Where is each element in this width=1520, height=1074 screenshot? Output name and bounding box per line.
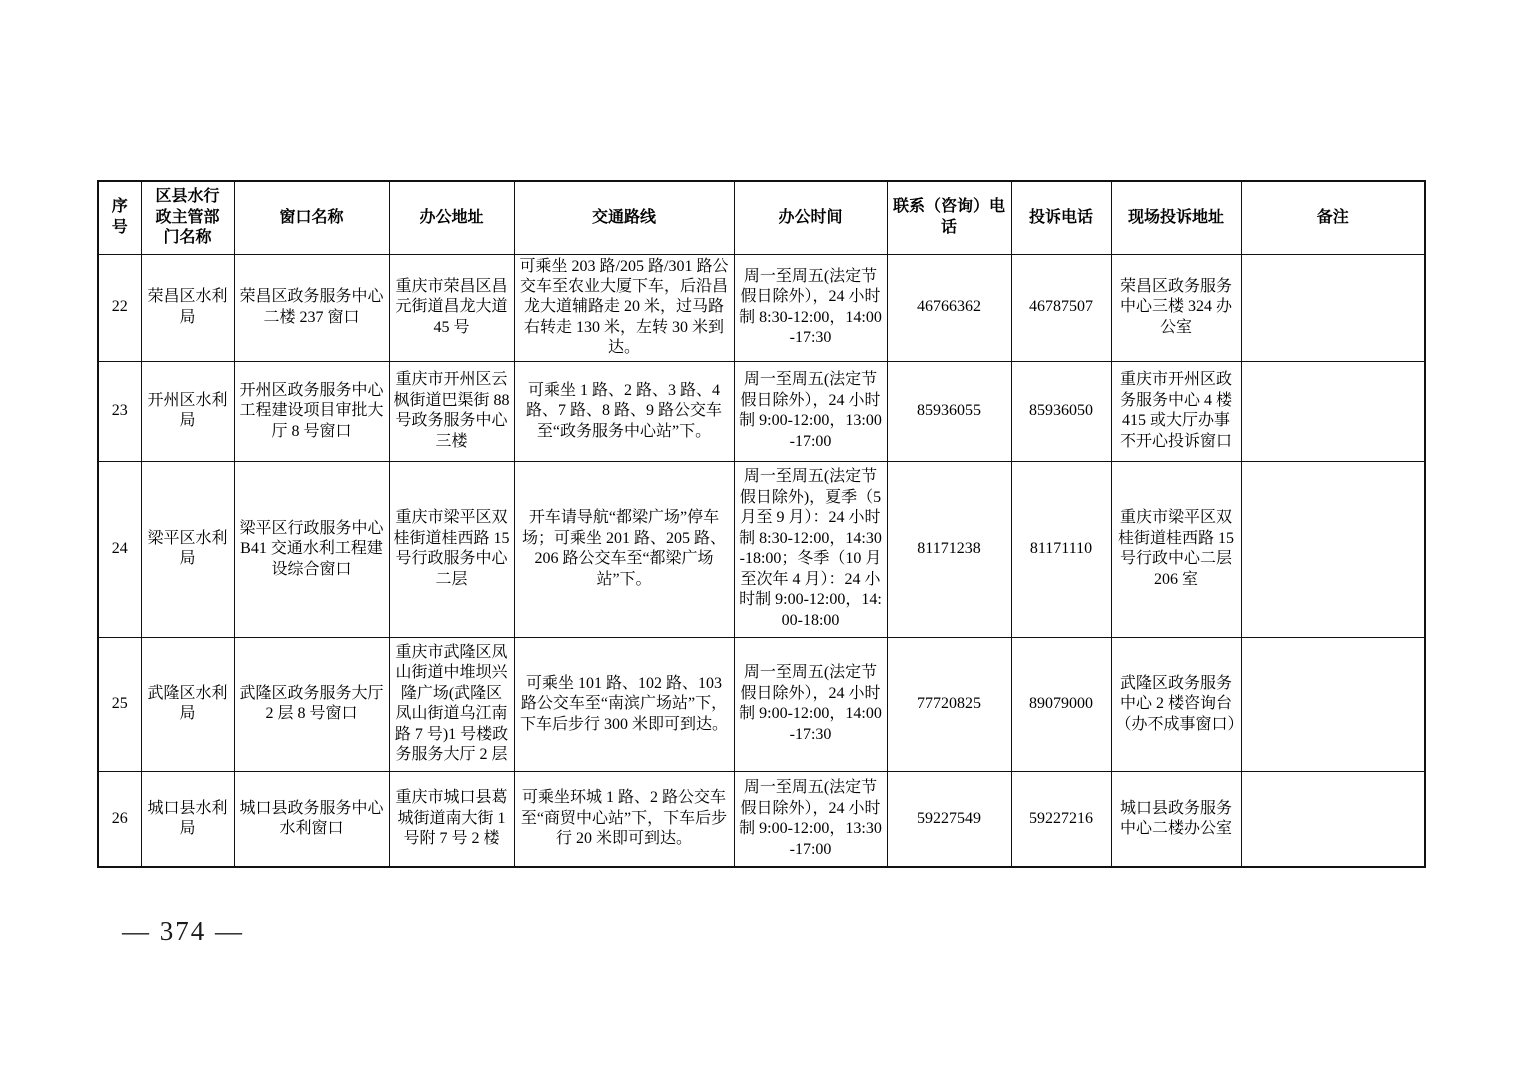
- cell-r22-onsite-complaint-address: 荣昌区政务服务中心三楼 324 办公室: [1111, 254, 1241, 361]
- cell-r26-window-name: 城口县政务服务中心水利窗口: [234, 771, 389, 867]
- cell-r23-office-address: 重庆市开州区云枫街道巴渠街 88 号政务服务中心三楼: [389, 361, 514, 461]
- col-header-office-hours: 办公时间: [734, 181, 887, 254]
- cell-r25-complaint-phone: 89079000: [1011, 637, 1111, 771]
- cell-r26-department: 城口县水利局: [141, 771, 234, 867]
- cell-r22-office-hours: 周一至周五(法定节假日除外），24 小时制 8:30-12:00，14:00-1…: [734, 254, 887, 361]
- cell-r24-complaint-phone: 81171110: [1011, 461, 1111, 637]
- cell-r25-office-address: 重庆市武隆区凤山街道中堆坝兴隆广场(武隆区凤山街道乌江南路 7 号)1 号楼政务…: [389, 637, 514, 771]
- cell-r24-traffic-route: 开车请导航“都梁广场”停车场；可乘坐 201 路、205 路、206 路公交车至…: [514, 461, 734, 637]
- cell-r26-onsite-complaint-address: 城口县政务服务中心二楼办公室: [1111, 771, 1241, 867]
- cell-r23-department: 开州区水利局: [141, 361, 234, 461]
- cell-r23-onsite-complaint-address: 重庆市开州区政务服务中心 4 楼 415 或大厅办事不开心投诉窗口: [1111, 361, 1241, 461]
- cell-r25-department: 武隆区水利局: [141, 637, 234, 771]
- cell-r26-contact-phone: 59227549: [887, 771, 1011, 867]
- cell-r24-window-name: 梁平区行政服务中心 B41 交通水利工程建设综合窗口: [234, 461, 389, 637]
- col-header-window-name: 窗口名称: [234, 181, 389, 254]
- table-row: 23 开州区水利局 开州区政务服务中心工程建设项目审批大厅 8 号窗口 重庆市开…: [98, 361, 1425, 461]
- col-header-index: 序号: [98, 181, 141, 254]
- cell-r24-onsite-complaint-address: 重庆市梁平区双桂街道桂西路 15 号行政中心二层 206 室: [1111, 461, 1241, 637]
- cell-r26-office-address: 重庆市城口县葛城街道南大街 1 号附 7 号 2 楼: [389, 771, 514, 867]
- cell-r26-traffic-route: 可乘坐环城 1 路、2 路公交车至“商贸中心站”下，下车后步行 20 米即可到达…: [514, 771, 734, 867]
- col-header-department-label: 区县水行政主管部门名称: [152, 187, 222, 248]
- cell-r22-window-name: 荣昌区政务服务中心二楼 237 窗口: [234, 254, 389, 361]
- cell-r24-department: 梁平区水利局: [141, 461, 234, 637]
- table-row: 24 梁平区水利局 梁平区行政服务中心 B41 交通水利工程建设综合窗口 重庆市…: [98, 461, 1425, 637]
- col-header-remarks: 备注: [1241, 181, 1425, 254]
- cell-r22-remarks: [1241, 254, 1425, 361]
- page-number: — 374 —: [122, 916, 244, 947]
- cell-r23-window-name: 开州区政务服务中心工程建设项目审批大厅 8 号窗口: [234, 361, 389, 461]
- col-header-department: 区县水行政主管部门名称: [141, 181, 234, 254]
- cell-r23-index: 23: [98, 361, 141, 461]
- cell-r23-office-hours: 周一至周五(法定节假日除外），24 小时制 9:00-12:00，13:00-1…: [734, 361, 887, 461]
- cell-r25-traffic-route: 可乘坐 101 路、102 路、103 路公交车至“南滨广场站”下，下车后步行 …: [514, 637, 734, 771]
- table-row: 22 荣昌区水利局 荣昌区政务服务中心二楼 237 窗口 重庆市荣昌区昌元街道昌…: [98, 254, 1425, 361]
- cell-r24-index: 24: [98, 461, 141, 637]
- cell-r22-office-address: 重庆市荣昌区昌元街道昌龙大道 45 号: [389, 254, 514, 361]
- cell-r23-complaint-phone: 85936050: [1011, 361, 1111, 461]
- cell-r25-onsite-complaint-address: 武隆区政务服务中心 2 楼咨询台（办不成事窗口）: [1111, 637, 1241, 771]
- cell-r26-complaint-phone: 59227216: [1011, 771, 1111, 867]
- col-header-complaint-phone: 投诉电话: [1011, 181, 1111, 254]
- cell-r24-office-hours: 周一至周五(法定节假日除外)，夏季（5 月至 9 月）：24 小时制 8:30-…: [734, 461, 887, 637]
- cell-r24-remarks: [1241, 461, 1425, 637]
- table-header-row: 序号 区县水行政主管部门名称 窗口名称 办公地址 交通路线 办公时间 联系（咨询…: [98, 181, 1425, 254]
- cell-r26-remarks: [1241, 771, 1425, 867]
- service-windows-table: 序号 区县水行政主管部门名称 窗口名称 办公地址 交通路线 办公时间 联系（咨询…: [97, 180, 1426, 868]
- cell-r25-contact-phone: 77720825: [887, 637, 1011, 771]
- cell-r25-window-name: 武隆区政务服务大厅 2 层 8 号窗口: [234, 637, 389, 771]
- cell-r23-remarks: [1241, 361, 1425, 461]
- cell-r22-department: 荣昌区水利局: [141, 254, 234, 361]
- table-row: 25 武隆区水利局 武隆区政务服务大厅 2 层 8 号窗口 重庆市武隆区凤山街道…: [98, 637, 1425, 771]
- cell-r22-complaint-phone: 46787507: [1011, 254, 1111, 361]
- cell-r26-index: 26: [98, 771, 141, 867]
- cell-r24-contact-phone: 81171238: [887, 461, 1011, 637]
- col-header-contact-phone: 联系（咨询）电话: [887, 181, 1011, 254]
- cell-r22-contact-phone: 46766362: [887, 254, 1011, 361]
- cell-r24-office-address: 重庆市梁平区双桂街道桂西路 15 号行政服务中心二层: [389, 461, 514, 637]
- cell-r25-office-hours: 周一至周五(法定节假日除外），24 小时制 9:00-12:00，14:00-1…: [734, 637, 887, 771]
- document-page: 序号 区县水行政主管部门名称 窗口名称 办公地址 交通路线 办公时间 联系（咨询…: [0, 0, 1520, 1074]
- cell-r25-index: 25: [98, 637, 141, 771]
- col-header-office-address: 办公地址: [389, 181, 514, 254]
- col-header-traffic-route: 交通路线: [514, 181, 734, 254]
- cell-r23-traffic-route: 可乘坐 1 路、2 路、3 路、4 路、7 路、8 路、9 路公交车至“政务服务…: [514, 361, 734, 461]
- cell-r26-office-hours: 周一至周五(法定节假日除外），24 小时制 9:00-12:00，13:30-1…: [734, 771, 887, 867]
- cell-r22-traffic-route: 可乘坐 203 路/205 路/301 路公交车至农业大厦下车，后沿昌龙大道辅路…: [514, 254, 734, 361]
- table-row: 26 城口县水利局 城口县政务服务中心水利窗口 重庆市城口县葛城街道南大街 1 …: [98, 771, 1425, 867]
- col-header-onsite-complaint-address: 现场投诉地址: [1111, 181, 1241, 254]
- cell-r23-contact-phone: 85936055: [887, 361, 1011, 461]
- cell-r22-index: 22: [98, 254, 141, 361]
- col-header-index-label: 序号: [111, 197, 129, 238]
- cell-r25-remarks: [1241, 637, 1425, 771]
